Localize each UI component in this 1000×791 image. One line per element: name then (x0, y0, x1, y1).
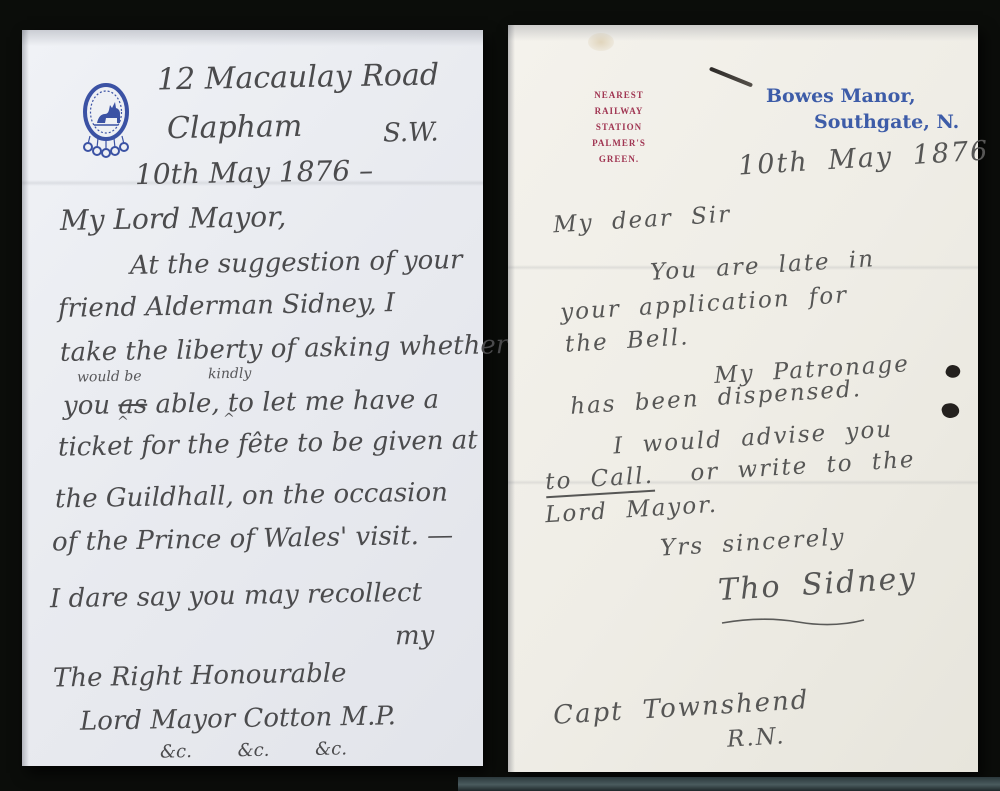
ink-blot (940, 401, 960, 420)
body-line-4-pre: you (63, 390, 119, 421)
body-line-8: Lord Mayor. (544, 492, 718, 529)
body-line-8: I dare say you may recollect (50, 578, 423, 614)
paper-edge-shading (508, 25, 515, 772)
address-line-1: 12 Macaulay Road (157, 58, 440, 98)
insertion-would-be: would be (77, 368, 142, 385)
right-letter-paper: NEAREST RAILWAY STATION PALMER'S GREEN. … (508, 25, 978, 772)
addressee-line-2: R.N. (726, 723, 786, 753)
ink-blot (944, 363, 962, 381)
caret-mark-2: ^ (223, 411, 235, 427)
paper-fold-shading (22, 30, 483, 46)
body-line-7: of the Prince of Wales' visit. — (52, 521, 454, 558)
salutation: My Lord Mayor, (60, 200, 287, 237)
address-line-2: Clapham (167, 109, 303, 146)
letterhead-bowes-manor: Bowes Manor, Southgate, N. (766, 83, 966, 135)
date-line: 10th May 1876 (737, 135, 990, 181)
caret-mark-1: ^ (117, 414, 129, 430)
ink-smudge (709, 67, 753, 88)
addressee-line-2: Lord Mayor Cotton M.P. (80, 701, 396, 737)
letterhead-railway-station: NEAREST RAILWAY STATION PALMER'S GREEN. (573, 87, 665, 167)
date-line: 10th May 1876 – (135, 154, 374, 191)
body-line-9: my (395, 621, 435, 652)
paper-fold-shading (508, 25, 978, 41)
signature-flourish (718, 613, 868, 632)
body-line-2: friend Alderman Sidney, I (58, 288, 396, 324)
manor-line-2: Southgate, N. (766, 109, 966, 135)
body-line-3: take the liberty of asking whether (60, 330, 509, 368)
address-region: S.W. (383, 118, 439, 149)
signature: Tho Sidney (717, 561, 918, 608)
body-line-2: your application for (559, 282, 848, 326)
closing-line: Yrs sincerely (659, 524, 846, 561)
body-line-6: the Guildhall, on the occasion (55, 478, 448, 515)
underlined-to-call: to Call. (545, 463, 655, 499)
body-line-1: You are late in (649, 246, 875, 286)
manor-line-1: Bowes Manor, (766, 85, 916, 107)
body-line-7: to Call. or write to the (545, 447, 917, 496)
stag-crest-icon (80, 83, 132, 169)
etc-line: &c. &c. &c. (160, 738, 347, 762)
insertion-kindly: kindly (208, 366, 252, 383)
paper-stain (588, 33, 614, 51)
shelf-edge-strip (458, 777, 1000, 791)
body-line-3: the Bell. (564, 324, 690, 358)
paper-edge-shading (22, 30, 29, 766)
body-line-4-post: able, to let me have a (147, 385, 439, 420)
body-line-5: ticket for the fête to be given at (58, 425, 478, 462)
station-line-1: NEAREST (573, 87, 665, 103)
left-letter-paper: 12 Macaulay Road Clapham S.W. 10th May 1… (22, 30, 483, 766)
station-line-3: PALMER'S GREEN. (573, 135, 665, 167)
addressee-line-1: The Right Honourable (53, 658, 347, 693)
salutation: My dear Sir (552, 202, 732, 239)
body-line-1: At the suggestion of your (130, 245, 463, 281)
station-line-2: RAILWAY STATION (573, 103, 665, 135)
